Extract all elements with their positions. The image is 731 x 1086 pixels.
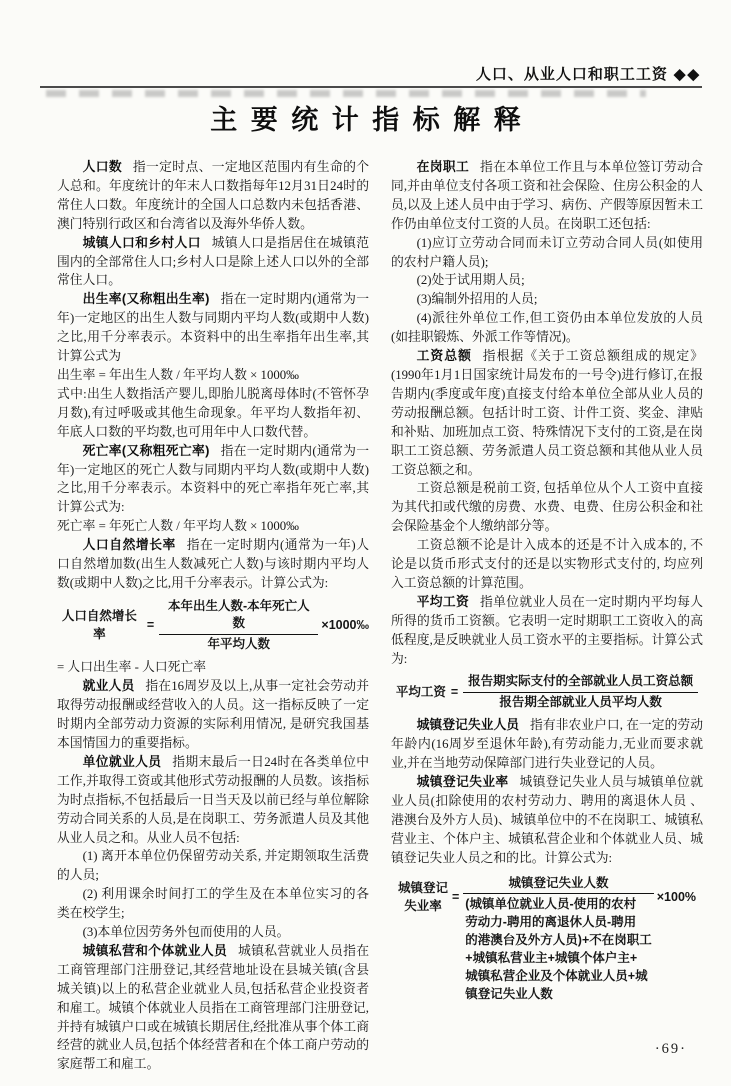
fraction-numerator: 本年出生人数-本年死亡人数 [159,598,318,635]
para-total-wages-scope: 工资总额不论是计入成本的还是不计入成本的, 不论是以货币形式支付的还是以实物形式… [391,536,703,593]
running-header: 人口、从业人口和职工工资◆◆ [476,63,701,84]
diamond-decor-icon: ◆◆ [674,66,701,83]
term-label: 工资总额 [417,348,472,363]
para-text: 城镇私营就业人员指在工商管理部门注册登记,其经营地址设在县城关镇(含县城关镇)以… [57,944,369,1071]
para-total-wages-pretax: 工资总额是税前工资, 包括单位从个人工资中直接为其代扣或代缴的房费、水费、电费、… [391,479,703,536]
denominator-line: 城镇私营企业及个体就业人员+城 [465,969,647,983]
para-total-wages: 工资总额指根据《关于工资总额组成的规定》(1990年1月1日国家统计局发布的一号… [391,347,703,479]
term-label: 就业人员 [83,678,135,693]
formula-lhs: 平均工资 [396,684,446,702]
para-excluded-item-2: (2) 利用课余时间打工的学生及在本单位实习的各类在校学生; [57,885,369,923]
equals-sign: = [147,617,154,635]
two-column-body: 人口数指一定时点、一定地区范围内有生命的个人总和。年度统计的年末人口数指每年12… [57,158,703,1074]
term-label: 平均工资 [417,594,470,609]
running-header-title: 人口、从业人口和职工工资 [476,66,668,83]
para-excluded-item-1: (1) 离开本单位仍保留劳动关系, 并定期领取生活费的人员; [57,847,369,885]
para-included-item-2: (2)处于试用期人员; [391,271,703,290]
para-population-count: 人口数指一定时点、一定地区范围内有生命的个人总和。年度统计的年末人口数指每年12… [57,158,369,234]
para-private-individual-employment: 城镇私营和个体就业人员城镇私营就业人员指在工商管理部门注册登记,其经营地址设在县… [57,942,369,1074]
para-unit-employed-persons: 单位就业人员指期末最后一日24时在各类单位中工作,并取得工资或其他形式劳动报酬的… [57,753,369,848]
equals-sign: = [452,888,459,906]
denominator-line: 的港澳台及外方人员)+不在岗职工 [465,933,651,947]
fraction-denominator: 年平均人数 [159,635,318,654]
para-staff-on-duty: 在岗职工指在本单位工作且与本单位签订劳动合同,并由单位支付各项工资和社会保险、住… [391,158,703,234]
term-label: 城镇登记失业人员 [417,717,520,732]
para-average-wage: 平均工资指单位就业人员在一定时期内平均每人所得的货币工资额。它表明一定时期职工工… [391,593,703,669]
formula-unemployment-rate: 城镇登记 失业率 = 城镇登记失业人数 (城镇单位就业人员-使用的农村 劳动力-… [391,874,703,1003]
formula-lhs-line2: 失业率 [404,899,442,913]
para-urban-rural-population: 城镇人口和乡村人口城镇人口是指居住在城镇范围内的全部常住人口;乡村人口是除上述人… [57,234,369,291]
formula-natural-growth-rate: 人口自然增长率 = 本年出生人数-本年死亡人数 年平均人数 ×1000‰ [57,598,369,654]
formula-death-rate: 死亡率 = 年死亡人数 / 年平均人数 × 1000‰ [57,517,369,536]
term-label: 出生率(又称粗出生率) [83,291,210,306]
fraction-denominator: 报告期全部就业人员平均人数 [463,693,698,712]
right-column: 在岗职工指在本单位工作且与本单位签订劳动合同,并由单位支付各项工资和社会保险、住… [391,158,703,1074]
para-included-item-3: (3)编制外招用的人员; [391,290,703,309]
fraction-denominator: (城镇单位就业人员-使用的农村 劳动力-聘用的离退休人员-聘用 的港澳台及外方人… [463,894,653,1003]
fraction-numerator: 报告期实际支付的全部就业人员工资总额 [463,673,698,693]
fraction: 本年出生人数-本年死亡人数 年平均人数 [159,598,318,654]
term-label: 死亡率(又称粗死亡率) [83,443,210,458]
para-text: 指根据《关于工资总额组成的规定》(1990年1月1日国家统计局发布的一号令)进行… [391,349,703,476]
para-included-item-1: (1)应订立劳动合同而未订立劳动合同人员(如使用的农村户籍人员); [391,234,703,272]
denominator-line: 劳动力-聘用的离退休人员-聘用 [465,915,636,929]
formula-average-wage: 平均工资 = 报告期实际支付的全部就业人员工资总额 报告期全部就业人员平均人数 [391,673,703,711]
term-label: 城镇私营和个体就业人员 [83,943,228,958]
left-column: 人口数指一定时点、一定地区范围内有生命的个人总和。年度统计的年末人口数指每年12… [57,158,369,1074]
denominator-line: +城镇私营业主+城镇个体户主+ [465,951,637,965]
fraction: 报告期实际支付的全部就业人员工资总额 报告期全部就业人员平均人数 [463,673,698,711]
fraction-numerator: 城镇登记失业人数 [463,874,653,894]
formula-suffix: ×1000‰ [321,617,369,635]
para-included-item-4: (4)派往外单位工作,但工资仍由本单位发放的人员(如挂职锻炼、外派工作等情况)。 [391,309,703,347]
term-label: 城镇登记失业率 [417,774,509,789]
para-birth-rate: 出生率(又称粗出生率)指在一定时期内(通常为一年)一定地区的出生人数与同期内平均… [57,290,369,366]
para-natural-growth-rate: 人口自然增长率指在一定时期内(通常为一年)人口自然增加数(出生人数减死亡人数)与… [57,536,369,593]
ink-bleed-artifact [46,90,646,97]
para-registered-unemployment-rate: 城镇登记失业率城镇登记失业人员与城镇单位就业人员(扣除使用的农村劳动力、聘用的离… [391,773,703,868]
fraction: 城镇登记失业人数 (城镇单位就业人员-使用的农村 劳动力-聘用的离退休人员-聘用… [463,874,653,1003]
para-registered-unemployed: 城镇登记失业人员指有非农业户口, 在一定的劳动年龄内(16周岁至退休年龄),有劳… [391,716,703,773]
term-label: 单位就业人员 [83,754,162,769]
term-label: 城镇人口和乡村人口 [83,235,201,250]
term-label: 人口自然增长率 [83,537,176,552]
denominator-line: (城镇单位就业人员-使用的农村 [465,897,636,911]
header-rule [40,86,702,88]
page-number: ·69· [655,1041,687,1058]
scanned-document-page: 人口、从业人口和职工工资◆◆ 主要统计指标解释 人口数指一定时点、一定地区范围内… [0,0,731,1086]
formula-lhs: 人口自然增长率 [57,608,142,643]
denominator-line: 镇登记失业人数 [465,987,553,1001]
para-growth-equals-line: = 人口出生率 - 人口死亡率 [57,658,369,677]
term-label: 人口数 [83,159,122,174]
para-death-rate: 死亡率(又称粗死亡率)指在一定时期内(通常为一年)一定地区的死亡人数与同期内平均… [57,442,369,518]
term-label: 在岗职工 [417,159,470,174]
formula-suffix: ×100% [657,888,696,906]
para-birth-rate-note: 式中:出生人数指活产婴儿,即胎儿脱离母体时(不管怀孕月数),有过呼吸或其他生命现… [57,385,369,442]
equals-sign: = [451,684,458,702]
formula-lhs: 城镇登记 失业率 [398,879,448,915]
formula-birth-rate: 出生率 = 年出生人数 / 年平均人数 × 1000‰ [57,366,369,385]
formula-lhs-line1: 城镇登记 [398,881,448,895]
page-title: 主要统计指标解释 [0,98,731,137]
para-excluded-item-3: (3)本单位因劳务外包而使用的人员。 [57,923,369,942]
para-employed-persons: 就业人员指在16周岁及以上,从事一定社会劳动并取得劳动报酬或经营收入的人员。这一… [57,677,369,753]
